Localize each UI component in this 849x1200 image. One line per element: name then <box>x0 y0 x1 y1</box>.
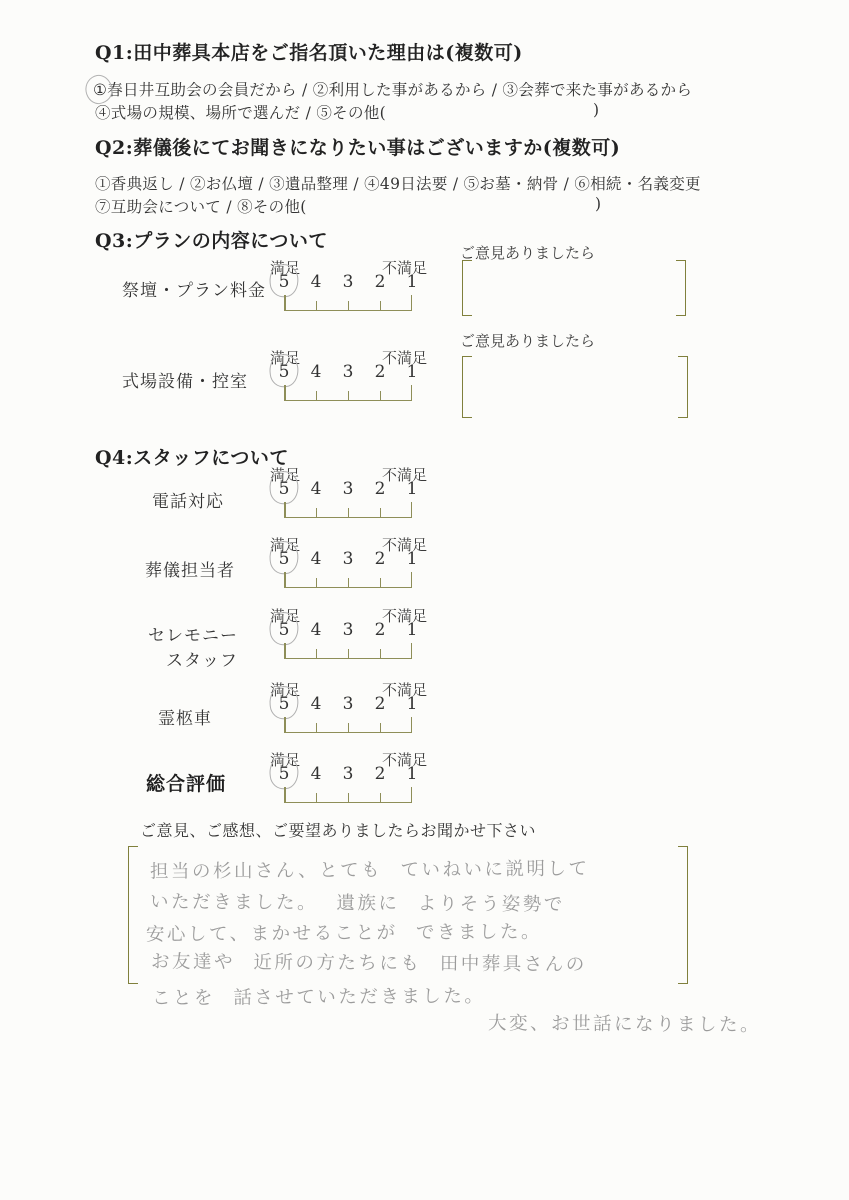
rating-3: 3 <box>332 362 364 382</box>
rating-5-circled: 5 <box>268 694 300 714</box>
scale-ruler <box>284 295 412 311</box>
rating-2: 2 <box>364 362 396 382</box>
q2-options-line2: ⑦互助会について / ⑧その他( <box>95 195 307 217</box>
q3-row2-label: 式場設備・控室 <box>122 367 248 392</box>
handwritten-comment-line2: いただきました。 遺族に よりそう姿勢で <box>150 888 565 917</box>
q4-row2-label: 葬儀担当者 <box>145 556 235 581</box>
q4-row1-label: 電話対応 <box>152 487 224 512</box>
scale-ruler <box>284 717 412 733</box>
q3-row1-comment-bracket <box>462 260 686 316</box>
handwritten-comment-line5: ことを 話させていただきました。 <box>152 982 486 1010</box>
rating-3: 3 <box>332 764 364 784</box>
scanned-survey-page: Q1:田中葬具本店をご指名頂いた理由は(複数可) ①春日井互助会の会員だから /… <box>0 0 849 1200</box>
rating-5-circled: 5 <box>268 620 300 640</box>
q1-options-line1: ①春日井互助会の会員だから / ②利用した事があるから / ③会葬で来た事がある… <box>93 78 692 100</box>
free-comment-heading: ご意見、ご感想、ご要望ありましたらお聞かせ下さい <box>140 818 536 841</box>
rating-4: 4 <box>300 549 332 569</box>
q4-row5-label: 総合評価 <box>146 769 226 796</box>
rating-3: 3 <box>332 620 364 640</box>
rating-4: 4 <box>300 272 332 292</box>
rating-4: 4 <box>300 479 332 499</box>
rating-1: 1 <box>396 549 428 569</box>
rating-5-circled: 5 <box>268 362 300 382</box>
q3-row1-rating-scale: 満足 不満足 54321 <box>268 257 428 313</box>
q4-row3-rating-scale: 満足 不満足 54321 <box>268 605 428 661</box>
q4-row4-rating-scale: 満足 不満足 54321 <box>268 679 428 735</box>
q2-options-line1: ①香典返し / ②お仏壇 / ③遺品整理 / ④49日法要 / ⑤お墓・納骨 /… <box>95 172 701 194</box>
q4-row3-label-line2: スタッフ <box>166 646 238 671</box>
rating-1: 1 <box>396 479 428 499</box>
handwritten-comment-line1: 担当の杉山さん、とても ていねいに説明して <box>150 854 590 883</box>
q4-row2-rating-scale: 満足 不満足 54321 <box>268 534 428 590</box>
rating-4: 4 <box>300 764 332 784</box>
rating-2: 2 <box>364 694 396 714</box>
q4-row3-label-line1: セレモニー <box>148 621 238 646</box>
q1-options-line2: ④式場の規模、場所で選んだ / ⑤その他( <box>95 101 386 123</box>
rating-3: 3 <box>332 479 364 499</box>
rating-4: 4 <box>300 694 332 714</box>
q3-heading: Q3:プランの内容について <box>95 226 328 253</box>
rating-4: 4 <box>300 620 332 640</box>
q3-row1-label: 祭壇・プラン料金 <box>122 276 266 301</box>
rating-1: 1 <box>396 764 428 784</box>
scale-ruler <box>284 787 412 803</box>
scale-ruler <box>284 385 412 401</box>
rating-5-circled: 5 <box>268 764 300 784</box>
handwritten-comment-line6: 大変、お世話になりました。 <box>488 1009 761 1037</box>
q1-other-close-paren: ) <box>593 101 599 119</box>
handwritten-comment-line3: 安心して、まかせることが できました。 <box>146 918 542 947</box>
handwritten-comment-line4: お友達や 近所の方たちにも 田中葬具さんの <box>151 947 587 976</box>
rating-3: 3 <box>332 272 364 292</box>
q2-other-close-paren: ) <box>595 195 601 213</box>
rating-3: 3 <box>332 549 364 569</box>
q4-row4-label: 霊柩車 <box>158 704 212 729</box>
q4-heading: Q4:スタッフについて <box>95 443 289 470</box>
rating-1: 1 <box>396 272 428 292</box>
rating-5-circled: 5 <box>268 479 300 499</box>
scale-ruler <box>284 643 412 659</box>
q3-row2-comment-label: ご意見ありましたら <box>460 330 595 351</box>
scale-ruler <box>284 502 412 518</box>
rating-2: 2 <box>364 620 396 640</box>
rating-2: 2 <box>364 479 396 499</box>
rating-2: 2 <box>364 272 396 292</box>
rating-2: 2 <box>364 764 396 784</box>
q4-row5-rating-scale: 満足 不満足 54321 <box>268 749 428 805</box>
q1-option1-circled-mark: ① <box>93 81 107 99</box>
q2-heading: Q2:葬儀後にてお聞きになりたい事はございますか(複数可) <box>95 133 620 160</box>
rating-3: 3 <box>332 694 364 714</box>
rating-5-circled: 5 <box>268 549 300 569</box>
q3-row2-rating-scale: 満足 不満足 54321 <box>268 347 428 403</box>
rating-4: 4 <box>300 362 332 382</box>
rating-1: 1 <box>396 694 428 714</box>
q3-row2-comment-bracket <box>462 356 688 418</box>
rating-2: 2 <box>364 549 396 569</box>
scale-ruler <box>284 572 412 588</box>
q1-options-line1-text: 春日井互助会の会員だから / ②利用した事があるから / ③会葬で来た事があるか… <box>107 81 692 99</box>
rating-1: 1 <box>396 620 428 640</box>
q1-heading: Q1:田中葬具本店をご指名頂いた理由は(複数可) <box>95 38 523 65</box>
rating-5-circled: 5 <box>268 272 300 292</box>
q4-row1-rating-scale: 満足 不満足 54321 <box>268 464 428 520</box>
rating-1: 1 <box>396 362 428 382</box>
